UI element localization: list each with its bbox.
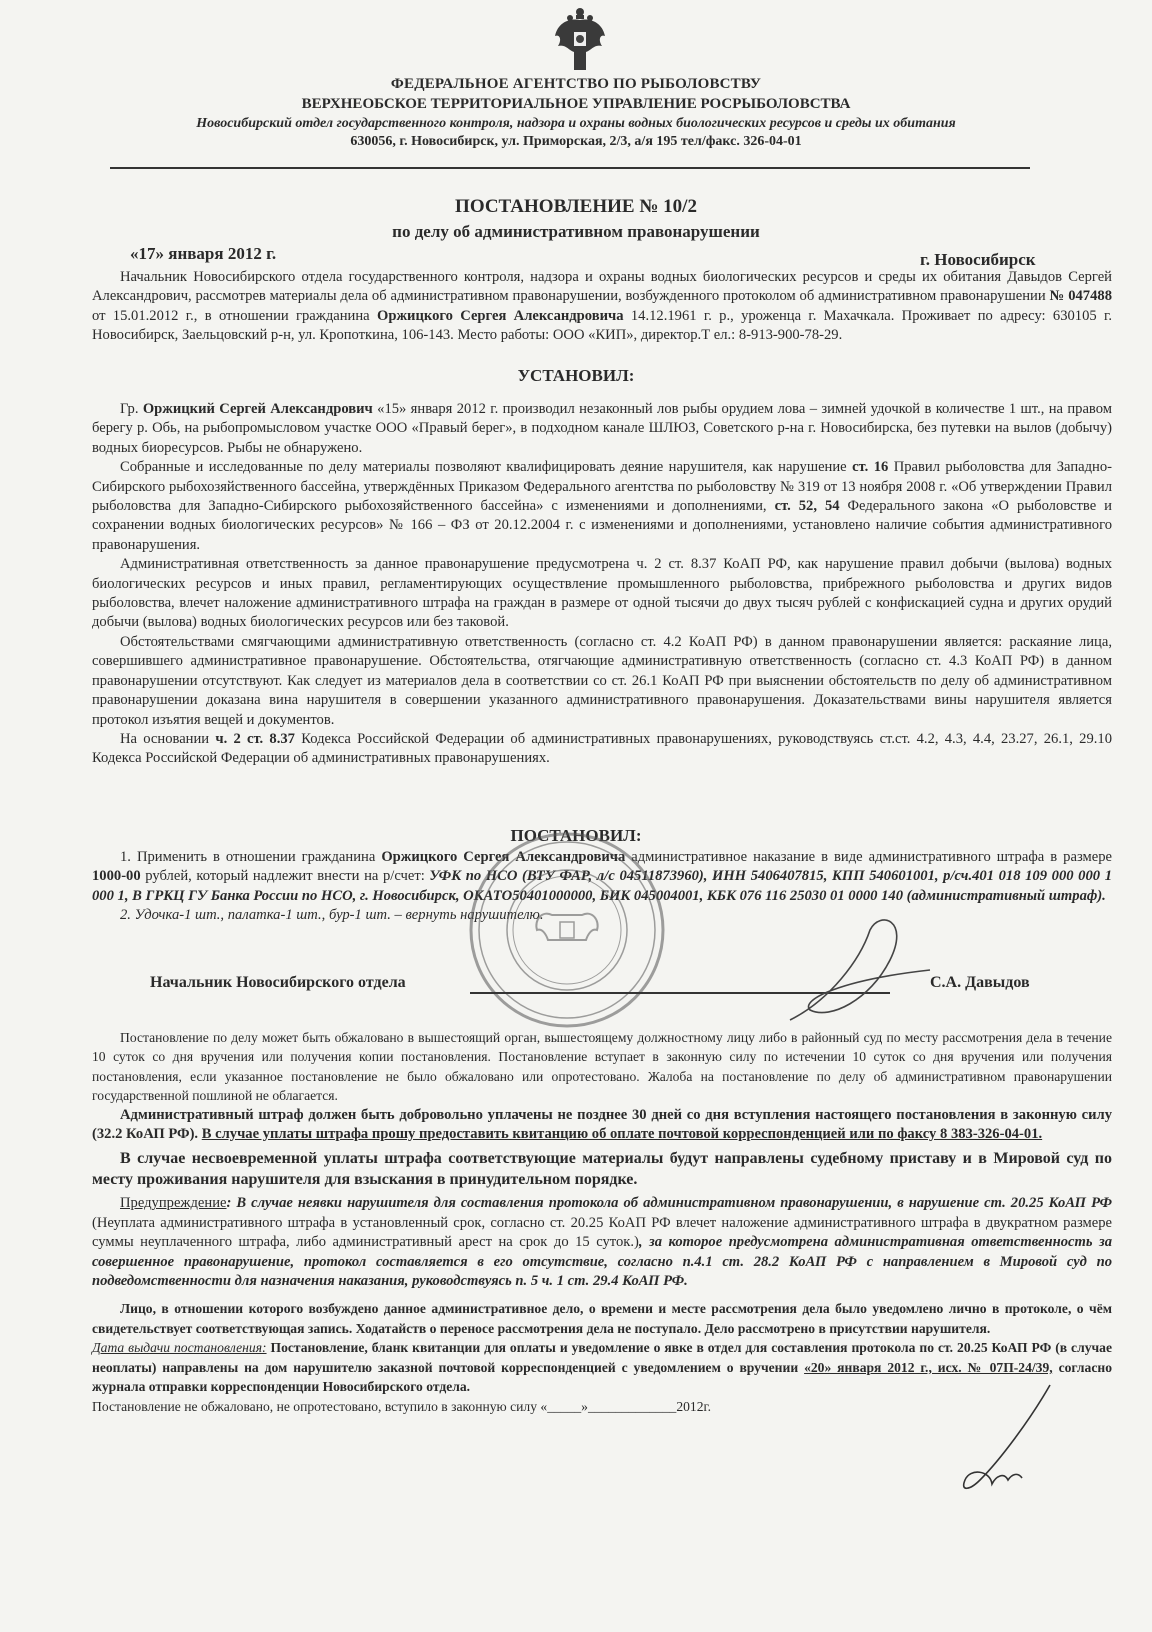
paragraph-circumstances: Обстоятельствами смягчающими администрат… bbox=[92, 633, 1112, 730]
paragraph-offense: Гр. Оржицкий Сергей Александрович «15» я… bbox=[92, 400, 1112, 458]
fine-notice: Административный штраф должен быть добро… bbox=[92, 1106, 1112, 1145]
document-title: ПОСТАНОВЛЕНИЕ № 10/2 bbox=[0, 196, 1152, 218]
signature-scribble-icon bbox=[770, 900, 970, 1040]
warning-notice: Предупреждение: В случае неявки нарушите… bbox=[92, 1194, 1112, 1291]
round-seal-icon bbox=[462, 830, 672, 1030]
document-city: г. Новосибирск bbox=[920, 250, 1036, 270]
header-divider bbox=[110, 167, 1030, 169]
intro-paragraph: Начальник Новосибирского отдела государс… bbox=[92, 268, 1112, 346]
document-subtitle: по делу об административном правонарушен… bbox=[0, 222, 1152, 242]
notification-notice: Лицо, в отношении которого возбуждено да… bbox=[92, 1299, 1112, 1338]
agency-name: ФЕДЕРАЛЬНОЕ АГЕНТСТВО ПО РЫБОЛОВСТВУ bbox=[0, 76, 1152, 93]
paragraph-qualification: Собранные и исследованные по делу матери… bbox=[92, 458, 1112, 555]
established-heading: УСТАНОВИЛ: bbox=[0, 366, 1152, 386]
address-line: 630056, г. Новосибирск, ул. Приморская, … bbox=[0, 134, 1152, 150]
department-name: ВЕРХНЕОБСКОЕ ТЕРРИТОРИАЛЬНОЕ УПРАВЛЕНИЕ … bbox=[0, 96, 1152, 113]
paragraph-basis: На основании ч. 2 ст. 8.37 Кодекса Росси… bbox=[92, 730, 1112, 769]
established-section: Гр. Оржицкий Сергей Александрович «15» я… bbox=[92, 400, 1112, 769]
handwritten-signature-icon bbox=[920, 1380, 1070, 1500]
paragraph-liability: Административная ответственность за данн… bbox=[92, 555, 1112, 633]
division-name: Новосибирский отдел государственного кон… bbox=[0, 116, 1152, 132]
notes-section: Постановление по делу может быть обжалов… bbox=[92, 1028, 1112, 1416]
late-payment-notice: В случае несвоевременной уплаты штрафа с… bbox=[92, 1148, 1112, 1190]
appeal-notice: Постановление по делу может быть обжалов… bbox=[92, 1028, 1112, 1106]
document-date: «17» января 2012 г. bbox=[130, 244, 276, 264]
eagle-emblem-icon bbox=[552, 6, 608, 72]
